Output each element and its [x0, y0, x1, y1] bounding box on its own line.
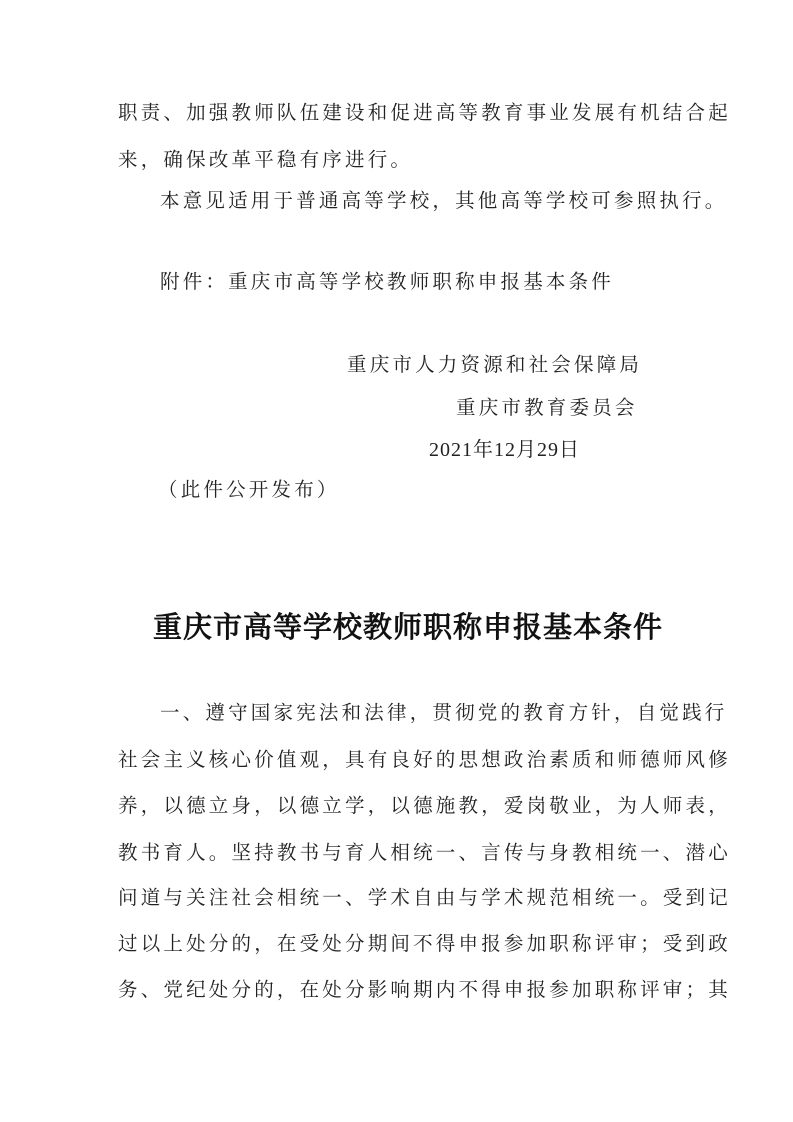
- publication-note: （此件公开发布）: [158, 478, 340, 502]
- issuer-hrss: 重庆市人力资源和社会保障局: [347, 353, 642, 377]
- attachment-reference: 附件：重庆市高等学校教师职称申报基本条件: [160, 270, 614, 294]
- section-1-line: 教书育人。坚持教书与育人相统一、言传与身教相统一、潜心: [118, 841, 731, 865]
- body-text-line: 职责、加强教师队伍建设和促进高等教育事业发展有机结合起: [118, 101, 731, 125]
- section-1-line: 一、遵守国家宪法和法律，贯彻党的教育方针，自觉践行: [160, 701, 728, 725]
- attachment-title: 重庆市高等学校教师职称申报基本条件: [153, 609, 663, 645]
- body-text-line: 来，确保改革平稳有序进行。: [118, 148, 413, 172]
- section-1-line: 过以上处分的，在受处分期间不得申报参加职称评审；受到政: [118, 932, 731, 956]
- scope-paragraph: 本意见适用于普通高等学校，其他高等学校可参照执行。: [160, 189, 728, 213]
- section-1-line: 养，以德立身，以德立学，以德施教，爱岗敬业，为人师表，: [118, 794, 731, 818]
- section-1-line: 务、党纪处分的，在处分影响期内不得申报参加职称评审；其: [118, 978, 731, 1002]
- section-1-line: 问道与关注社会相统一、学术自由与学术规范相统一。受到记: [118, 886, 731, 910]
- section-1-line: 社会主义核心价值观，具有良好的思想政治素质和师德师风修: [118, 748, 731, 772]
- document-page: 职责、加强教师队伍建设和促进高等教育事业发展有机结合起 来，确保改革平稳有序进行…: [0, 0, 793, 1122]
- issue-date: 2021年12月29日: [429, 438, 580, 462]
- issuer-education-commission: 重庆市教育委员会: [456, 396, 638, 420]
